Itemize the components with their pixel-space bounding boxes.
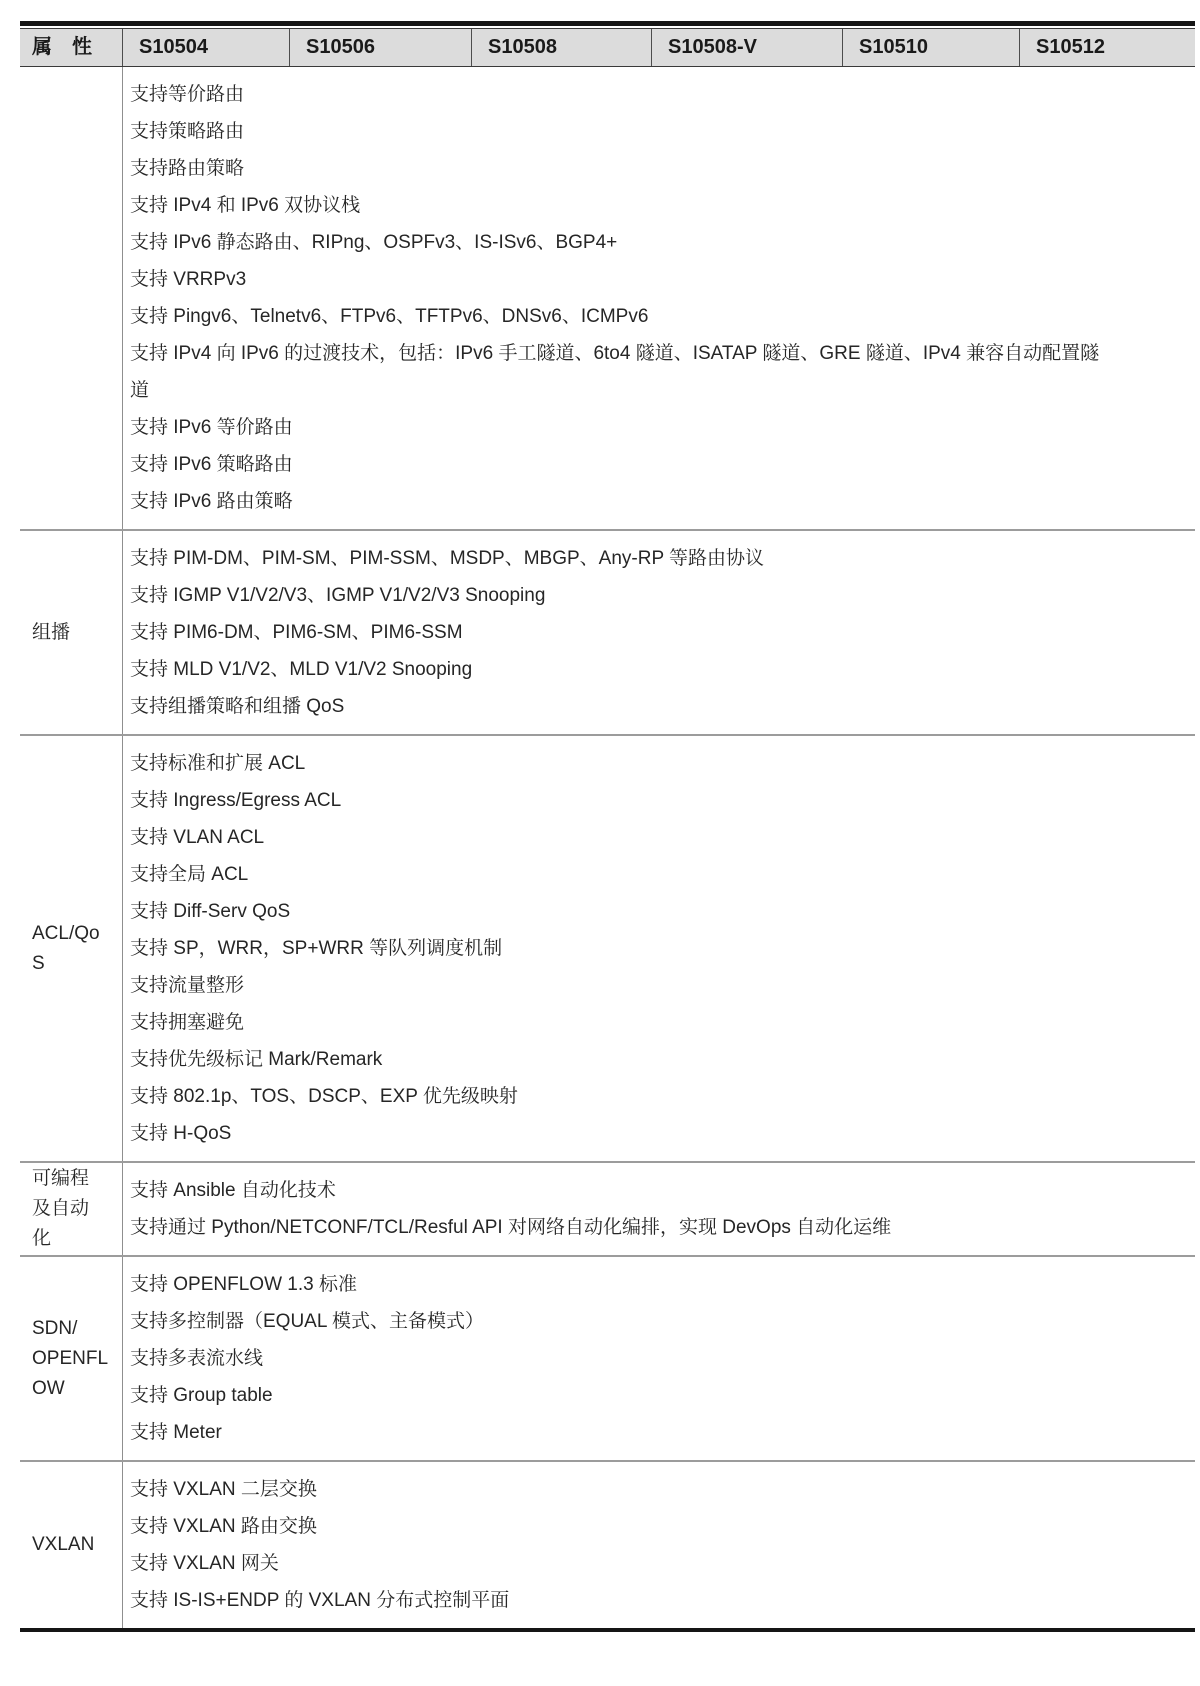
feature-item: 支持多表流水线 — [130, 1340, 1189, 1377]
header-cell-attribute: 属 性 — [20, 29, 123, 66]
feature-item: 支持 MLD V1/V2、MLD V1/V2 Snooping — [130, 651, 1189, 688]
feature-item: 支持策略路由 — [130, 113, 1189, 150]
feature-item: 支持通过 Python/NETCONF/TCL/Resful API 对网络自动… — [130, 1209, 1189, 1246]
section-row: ACL/Qo S支持标准和扩展 ACL支持 Ingress/Egress ACL… — [20, 734, 1195, 1161]
table-header-row: 属 性 S10504 S10506 S10508 S10508-V S10510… — [20, 29, 1195, 67]
feature-item: 支持优先级标记 Mark/Remark — [130, 1041, 1189, 1078]
feature-item: 支持组播策略和组播 QoS — [130, 688, 1189, 725]
feature-item: 支持 VXLAN 二层交换 — [130, 1471, 1189, 1508]
feature-item: 支持 H-QoS — [130, 1115, 1189, 1152]
feature-item: 支持拥塞避免 — [130, 1004, 1189, 1041]
table-body: 支持等价路由支持策略路由支持路由策略支持 IPv4 和 IPv6 双协议栈支持 … — [20, 67, 1195, 1632]
feature-item: 支持 Pingv6、Telnetv6、FTPv6、TFTPv6、DNSv6、IC… — [130, 298, 1189, 335]
feature-item: 支持 VRRPv3 — [130, 261, 1189, 298]
section-content: 支持 OPENFLOW 1.3 标准支持多控制器（EQUAL 模式、主备模式）支… — [123, 1257, 1195, 1460]
section-row: 组播支持 PIM-DM、PIM-SM、PIM-SSM、MSDP、MBGP、Any… — [20, 529, 1195, 734]
section-label: SDN/ OPENFL OW — [20, 1257, 123, 1460]
section-row: VXLAN支持 VXLAN 二层交换支持 VXLAN 路由交换支持 VXLAN … — [20, 1460, 1195, 1628]
feature-item: 支持 IPv4 和 IPv6 双协议栈 — [130, 187, 1189, 224]
feature-item: 支持 IPv6 路由策略 — [130, 483, 1189, 520]
section-row: 支持等价路由支持策略路由支持路由策略支持 IPv4 和 IPv6 双协议栈支持 … — [20, 67, 1195, 529]
feature-item: 支持标准和扩展 ACL — [130, 745, 1189, 782]
feature-item: 支持 802.1p、TOS、DSCP、EXP 优先级映射 — [130, 1078, 1189, 1115]
feature-item: 支持 IPv6 静态路由、RIPng、OSPFv3、IS-ISv6、BGP4+ — [130, 224, 1189, 261]
feature-item: 支持全局 ACL — [130, 856, 1189, 893]
section-label — [20, 67, 123, 529]
feature-item: 支持 VLAN ACL — [130, 819, 1189, 856]
feature-item: 支持 IGMP V1/V2/V3、IGMP V1/V2/V3 Snooping — [130, 577, 1189, 614]
feature-item: 支持 VXLAN 网关 — [130, 1545, 1189, 1582]
feature-item: 支持 IS-IS+ENDP 的 VXLAN 分布式控制平面 — [130, 1582, 1189, 1619]
feature-item: 支持 Ingress/Egress ACL — [130, 782, 1189, 819]
section-label: 组播 — [20, 531, 123, 734]
feature-item: 支持路由策略 — [130, 150, 1189, 187]
document-page: 属 性 S10504 S10506 S10508 S10508-V S10510… — [0, 0, 1200, 1686]
feature-item: 支持 PIM-DM、PIM-SM、PIM-SSM、MSDP、MBGP、Any-R… — [130, 540, 1189, 577]
header-cell-s10506: S10506 — [290, 29, 472, 66]
feature-item: 支持多控制器（EQUAL 模式、主备模式） — [130, 1303, 1189, 1340]
header-cell-s10512: S10512 — [1020, 29, 1195, 66]
feature-item: 支持 Ansible 自动化技术 — [130, 1172, 1189, 1209]
section-content: 支持等价路由支持策略路由支持路由策略支持 IPv4 和 IPv6 双协议栈支持 … — [123, 67, 1195, 529]
header-cell-s10510: S10510 — [843, 29, 1020, 66]
section-content: 支持标准和扩展 ACL支持 Ingress/Egress ACL支持 VLAN … — [123, 736, 1195, 1161]
feature-item: 支持 Group table — [130, 1377, 1189, 1414]
header-cell-s10508: S10508 — [472, 29, 652, 66]
section-content: 支持 PIM-DM、PIM-SM、PIM-SSM、MSDP、MBGP、Any-R… — [123, 531, 1195, 734]
section-label: 可编程 及自动 化 — [20, 1163, 123, 1255]
feature-item: 支持 IPv4 向 IPv6 的过渡技术，包括：IPv6 手工隧道、6to4 隧… — [130, 335, 1189, 409]
feature-item: 支持 VXLAN 路由交换 — [130, 1508, 1189, 1545]
section-row: 可编程 及自动 化支持 Ansible 自动化技术支持通过 Python/NET… — [20, 1161, 1195, 1255]
feature-item: 支持 SP，WRR，SP+WRR 等队列调度机制 — [130, 930, 1189, 967]
feature-item: 支持 Meter — [130, 1414, 1189, 1451]
section-label: ACL/Qo S — [20, 736, 123, 1161]
feature-item: 支持 OPENFLOW 1.3 标准 — [130, 1266, 1189, 1303]
feature-item: 支持 Diff-Serv QoS — [130, 893, 1189, 930]
header-cell-s10504: S10504 — [123, 29, 290, 66]
feature-item: 支持 IPv6 等价路由 — [130, 409, 1189, 446]
feature-item: 支持等价路由 — [130, 76, 1189, 113]
feature-item: 支持 PIM6-DM、PIM6-SM、PIM6-SSM — [130, 614, 1189, 651]
section-content: 支持 VXLAN 二层交换支持 VXLAN 路由交换支持 VXLAN 网关支持 … — [123, 1462, 1195, 1628]
section-row: SDN/ OPENFL OW支持 OPENFLOW 1.3 标准支持多控制器（E… — [20, 1255, 1195, 1460]
spec-table: 属 性 S10504 S10506 S10508 S10508-V S10510… — [20, 21, 1195, 1632]
feature-item: 支持 IPv6 策略路由 — [130, 446, 1189, 483]
section-content: 支持 Ansible 自动化技术支持通过 Python/NETCONF/TCL/… — [123, 1163, 1195, 1255]
header-cell-s10508v: S10508-V — [652, 29, 843, 66]
feature-item: 支持流量整形 — [130, 967, 1189, 1004]
section-label: VXLAN — [20, 1462, 123, 1628]
